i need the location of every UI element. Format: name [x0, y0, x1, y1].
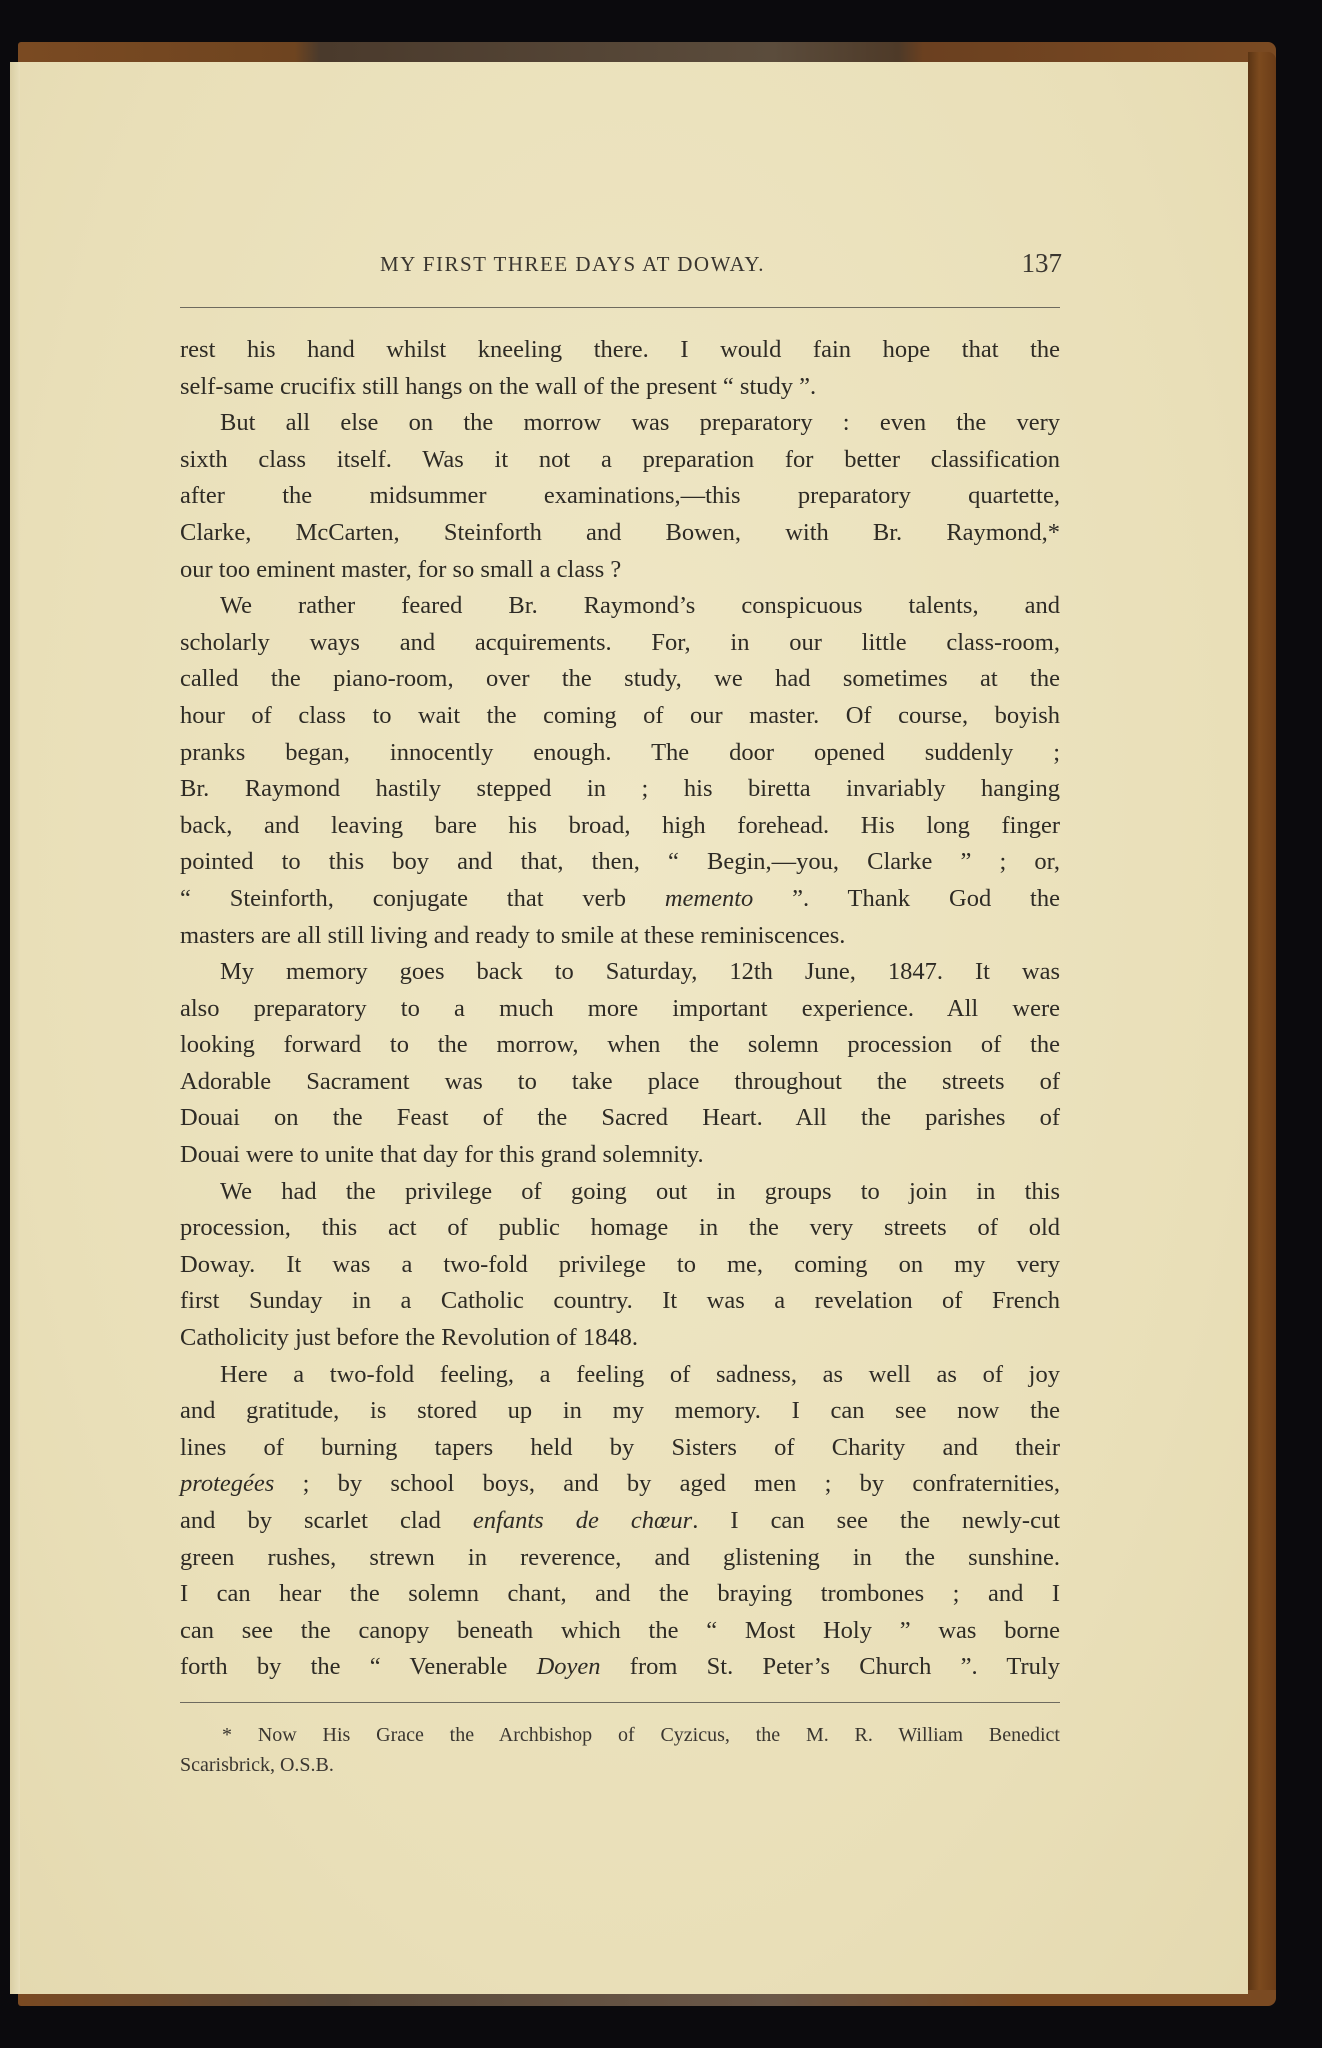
body-text: rest his hand whilst kneeling there. I w… [180, 332, 1060, 1686]
text-line: Here a two-fold feeling, a feeling of sa… [180, 1357, 1060, 1394]
text-line: We had the privilege of going out in gro… [180, 1174, 1060, 1211]
footnote-line: Scarisbrick, O.S.B. [180, 1750, 1060, 1780]
text-line: rest his hand whilst kneeling there. I w… [180, 332, 1060, 369]
text-line: after the midsummer examinations,—this p… [180, 478, 1060, 515]
text-line: first Sunday in a Catholic country. It w… [180, 1283, 1060, 1320]
book-page: MY FIRST THREE DAYS AT DOWAY. 137 rest h… [10, 62, 1248, 1994]
text-line: our too eminent master, for so small a c… [180, 552, 1060, 589]
running-head: MY FIRST THREE DAYS AT DOWAY. 137 [180, 252, 1060, 282]
text-line: pointed to this boy and that, then, “ Be… [180, 844, 1060, 881]
book-cover-top-edge [18, 42, 1276, 64]
text-line: can see the canopy beneath which the “ M… [180, 1613, 1060, 1650]
text-line: Adorable Sacrament was to take place thr… [180, 1064, 1060, 1101]
text-line: lines of burning tapers held by Sisters … [180, 1430, 1060, 1467]
text-line: self-same crucifix still hangs on the wa… [180, 369, 1060, 406]
text-line: But all else on the morrow was preparato… [180, 405, 1060, 442]
text-line: My memory goes back to Saturday, 12th Ju… [180, 954, 1060, 991]
footnote-rule [180, 1702, 1060, 1703]
text-line: sixth class itself. Was it not a prepara… [180, 442, 1060, 479]
italic-text: protegées [180, 1470, 274, 1497]
page-number: 137 [1022, 248, 1063, 279]
text-line: also preparatory to a much more importan… [180, 991, 1060, 1028]
text-line: called the piano-room, over the study, w… [180, 661, 1060, 698]
text-line: and gratitude, is stored up in my memory… [180, 1393, 1060, 1430]
text-line: We rather feared Br. Raymond’s conspicuo… [180, 588, 1060, 625]
text-line: Doway. It was a two-fold privilege to me… [180, 1247, 1060, 1284]
text-line: “ Steinforth, conjugate that verb mement… [180, 881, 1060, 918]
text-line: back, and leaving bare his broad, high f… [180, 808, 1060, 845]
footnote: * Now His Grace the Archbishop of Cyzicu… [180, 1720, 1060, 1780]
italic-text: Doyen [537, 1653, 601, 1680]
text-line: Catholicity just before the Revolution o… [180, 1320, 1060, 1357]
text-line: and by scarlet clad enfants de chœur. I … [180, 1503, 1060, 1540]
book-cover-right-edge [1248, 52, 1276, 2002]
italic-text: memento [665, 885, 753, 912]
text-line: Douai on the Feast of the Sacred Heart. … [180, 1100, 1060, 1137]
header-rule [180, 307, 1060, 308]
text-line: Douai were to unite that day for this gr… [180, 1137, 1060, 1174]
text-line: looking forward to the morrow, when the … [180, 1027, 1060, 1064]
text-line: forth by the “ Venerable Doyen from St. … [180, 1649, 1060, 1686]
italic-text: enfants de chœur [473, 1507, 692, 1534]
text-line: Br. Raymond hastily stepped in ; his bir… [180, 771, 1060, 808]
text-line: I can hear the solemn chant, and the bra… [180, 1576, 1060, 1613]
footnote-line: * Now His Grace the Archbishop of Cyzicu… [180, 1720, 1060, 1750]
page-gutter [10, 62, 20, 1994]
text-line: pranks began, innocently enough. The doo… [180, 735, 1060, 772]
text-line: Clarke, McCarten, Steinforth and Bowen, … [180, 515, 1060, 552]
running-head-title: MY FIRST THREE DAYS AT DOWAY. [380, 252, 765, 277]
text-line: hour of class to wait the coming of our … [180, 698, 1060, 735]
text-line: masters are all still living and ready t… [180, 918, 1060, 955]
text-line: procession, this act of public homage in… [180, 1210, 1060, 1247]
text-line: scholarly ways and acquirements. For, in… [180, 625, 1060, 662]
text-line: protegées ; by school boys, and by aged … [180, 1466, 1060, 1503]
text-line: green rushes, strewn in reverence, and g… [180, 1540, 1060, 1577]
